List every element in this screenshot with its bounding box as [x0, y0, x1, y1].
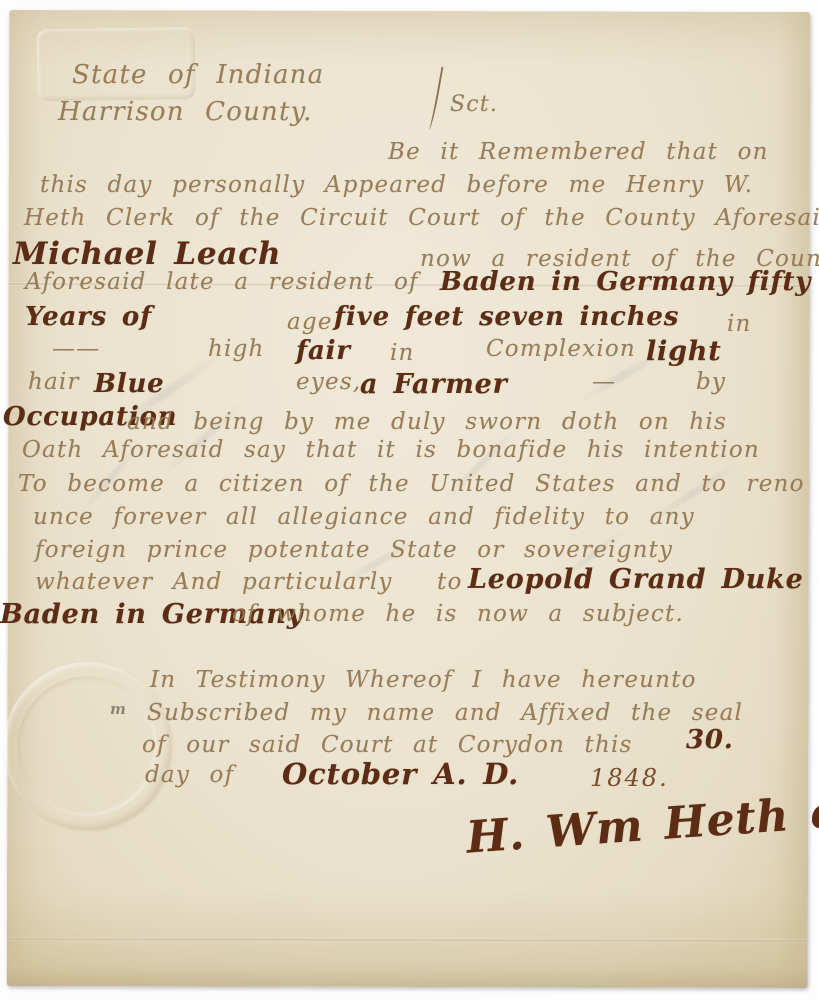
handwriting-segment: Oath Aforesaid say that it is bonafide h… [22, 437, 760, 463]
handwriting-segment: unce forever all allegiance and fidelity… [33, 504, 695, 530]
handwriting-segment: this day personally Appeared before me H… [40, 172, 753, 198]
handwriting-segment: Be it Remembered that on [388, 139, 769, 165]
handwriting-segment: Years of [25, 302, 152, 332]
handwriting-segment: foreign prince potentate State or sovere… [35, 537, 673, 563]
body-line-8: hairBlueeyes,a Farmer—by [0, 369, 819, 405]
handwriting-segment: of our said Court at Corydon this [142, 732, 633, 758]
handwriting-segment: hair [28, 369, 80, 395]
heading-state: State of Indiana [0, 60, 819, 96]
body-line-12: unce forever all allegiance and fidelity… [0, 504, 819, 540]
fold-crease [7, 937, 808, 943]
handwriting-segment: eyes, [296, 369, 361, 395]
handwriting-segment: Heth Clerk of the Circuit Court of the C… [24, 205, 819, 231]
handwriting-segment: and being by me duly sworn doth on his [127, 409, 727, 435]
handwriting-segment: Subscribed my name and Affixed the seal [147, 700, 743, 726]
height: five feet seven inches [334, 302, 679, 332]
handwriting-segment: State of Indiana [72, 60, 324, 90]
body-line-1: Be it Remembered that on [0, 139, 819, 175]
complexion: fair [296, 336, 351, 366]
body-line-5: Aforesaid late a resident ofBaden in Ger… [0, 269, 819, 305]
handwriting-segment: Harrison County. [58, 97, 313, 127]
handwriting-segment: —— [52, 336, 100, 362]
hair-color: light [646, 336, 722, 367]
handwriting-segment: Complexion [486, 336, 636, 362]
handwriting-segment: by [696, 369, 726, 395]
origin-and-age: Baden in Germany fifty two [440, 267, 819, 297]
handwriting-segment: Aforesaid late a resident of [25, 269, 419, 295]
handwriting-segment: m [110, 700, 126, 718]
handwriting-segment: high [208, 336, 265, 362]
eye-color: Blue [94, 369, 165, 399]
handwriting-segment: — [592, 369, 616, 395]
body-line-10: Oath Aforesaid say that it is bonafide h… [0, 437, 819, 473]
day-number: 30. [686, 725, 734, 755]
handwriting-segment: day of [145, 762, 234, 788]
body-line-2: this day personally Appeared before me H… [0, 172, 819, 208]
declarant-name: Michael Leach [13, 236, 281, 272]
body-line-15: Baden in Germanyof whome he is now a sub… [0, 601, 819, 637]
handwriting-segment: age [287, 309, 333, 335]
handwriting-segment: in [390, 340, 415, 366]
handwriting-segment: to [437, 569, 463, 595]
body-line-9: Occupationand being by me duly sworn dot… [0, 402, 819, 438]
handwriting-segment: in [727, 311, 752, 337]
scan-background: State of IndianaSct.Harrison County.Be i… [0, 0, 819, 1000]
month: October A. D. [282, 757, 519, 791]
handwriting-segment: whatever And particularly [35, 569, 393, 595]
testimony-line-4: day ofOctober A. D.1848. [0, 762, 819, 798]
heading-county: Harrison County. [0, 97, 819, 133]
sovereign-name: Leopold Grand Duke of [468, 564, 819, 595]
handwriting-segment: In Testimony Whereof I have hereunto [150, 667, 697, 693]
handwriting-segment: To become a citizen of the United States… [18, 471, 805, 497]
body-line-6: Years ofagefive feet seven inchesin [0, 302, 819, 338]
testimony-line-1: In Testimony Whereof I have hereunto [0, 667, 819, 703]
year: 1848. [590, 764, 669, 792]
handwriting-segment: of whome he is now a subject. [232, 601, 684, 627]
body-line-7: ——highfairinComplexionlight [0, 336, 819, 372]
body-line-11: To become a citizen of the United States… [0, 471, 819, 507]
signature-line: H. Wm Heth clk [0, 798, 819, 834]
occupation: a Farmer [360, 369, 508, 400]
